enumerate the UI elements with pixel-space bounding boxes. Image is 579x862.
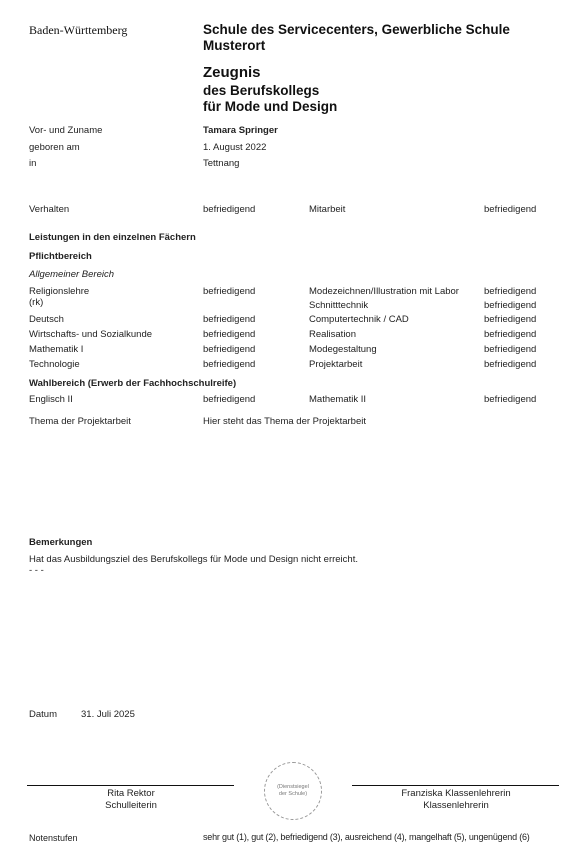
date-label: Datum — [29, 709, 57, 720]
mandatory-heading: Pflichtbereich — [29, 251, 92, 262]
remarks-text: Hat das Ausbildungsziel des Berufskolleg… — [29, 554, 358, 565]
principal-name: Rita Rektor — [27, 788, 235, 800]
subject-pattern-making: Schnitttechnik — [309, 300, 368, 311]
grade-math2: befriedigend — [484, 394, 536, 405]
grade-german: befriedigend — [203, 314, 255, 325]
principal-signature: Rita Rektor Schulleiterin — [27, 788, 235, 812]
general-heading: Allgemeiner Bereich — [29, 269, 114, 280]
place-label: in — [29, 158, 36, 169]
cooperation-label: Mitarbeit — [309, 204, 345, 215]
subtitle-line2: für Mode und Design — [203, 99, 337, 115]
behavior-grade: befriedigend — [203, 204, 255, 215]
teacher-role: Klassenlehrerin — [352, 800, 560, 812]
seal-line1: (Dienstsiegel — [277, 784, 309, 791]
name-label: Vor- und Zuname — [29, 125, 102, 136]
subject-english2: Englisch II — [29, 394, 73, 405]
grade-technology: befriedigend — [203, 359, 255, 370]
elective-heading: Wahlbereich (Erwerb der Fachhochschulrei… — [29, 378, 236, 389]
grade-fashion-design: befriedigend — [484, 344, 536, 355]
cooperation-grade: befriedigend — [484, 204, 536, 215]
teacher-signature-line — [352, 785, 559, 786]
principal-signature-line — [27, 785, 234, 786]
grading-scale-label: Notenstufen — [29, 833, 78, 843]
school-seal-placeholder: (Dienstsiegel der Schule) — [264, 762, 322, 820]
state-name: Baden-Württemberg — [29, 23, 127, 38]
principal-role: Schulleiterin — [27, 800, 235, 812]
subject-math2: Mathematik II — [309, 394, 366, 405]
subject-german: Deutsch — [29, 314, 64, 325]
grade-economics: befriedigend — [203, 329, 255, 340]
subtitle-line1: des Berufskollegs — [203, 83, 337, 99]
school-name-line1: Schule des Servicecenters, Gewerbliche S… — [203, 22, 510, 38]
subject-fashion-design: Modegestaltung — [309, 344, 377, 355]
grade-cad: befriedigend — [484, 314, 536, 325]
behavior-label: Verhalten — [29, 204, 69, 215]
grading-scale-value: sehr gut (1), gut (2), befriedigend (3),… — [203, 832, 530, 842]
grade-religion: befriedigend — [203, 286, 255, 297]
subject-technology: Technologie — [29, 359, 80, 370]
grade-pattern-making: befriedigend — [484, 300, 536, 311]
grade-english2: befriedigend — [203, 394, 255, 405]
achievements-heading: Leistungen in den einzelnen Fächern — [29, 232, 196, 243]
subject-economics: Wirtschafts- und Sozialkunde — [29, 329, 152, 340]
grade-project: befriedigend — [484, 359, 536, 370]
document-subtitle: des Berufskollegs für Mode und Design — [203, 83, 337, 115]
subject-realisation: Realisation — [309, 329, 356, 340]
project-topic-value: Hier steht das Thema der Projektarbeit — [203, 416, 366, 427]
birth-value: 1. August 2022 — [203, 142, 266, 153]
date-value: 31. Juli 2025 — [81, 709, 135, 720]
name-value: Tamara Springer — [203, 125, 278, 136]
remarks-heading: Bemerkungen — [29, 537, 92, 548]
grade-realisation: befriedigend — [484, 329, 536, 340]
school-name-line2: Musterort — [203, 38, 510, 54]
subject-religion: Religionslehre — [29, 286, 89, 297]
project-topic-label: Thema der Projektarbeit — [29, 416, 131, 427]
grade-math1: befriedigend — [203, 344, 255, 355]
subject-religion-note: (rk) — [29, 297, 43, 308]
birth-label: geboren am — [29, 142, 80, 153]
remarks-filler: - - - — [29, 565, 44, 576]
teacher-name: Franziska Klassenlehrerin — [352, 788, 560, 800]
subject-project: Projektarbeit — [309, 359, 362, 370]
subject-fashion-drawing: Modezeichnen/Illustration mit Labor — [309, 286, 459, 297]
subject-math1: Mathematik I — [29, 344, 83, 355]
school-name: Schule des Servicecenters, Gewerbliche S… — [203, 22, 510, 54]
subject-cad: Computertechnik / CAD — [309, 314, 409, 325]
seal-line2: der Schule) — [277, 791, 309, 798]
document-title: Zeugnis — [203, 64, 261, 81]
place-value: Tettnang — [203, 158, 239, 169]
grade-fashion-drawing: befriedigend — [484, 286, 536, 297]
teacher-signature: Franziska Klassenlehrerin Klassenlehreri… — [352, 788, 560, 812]
